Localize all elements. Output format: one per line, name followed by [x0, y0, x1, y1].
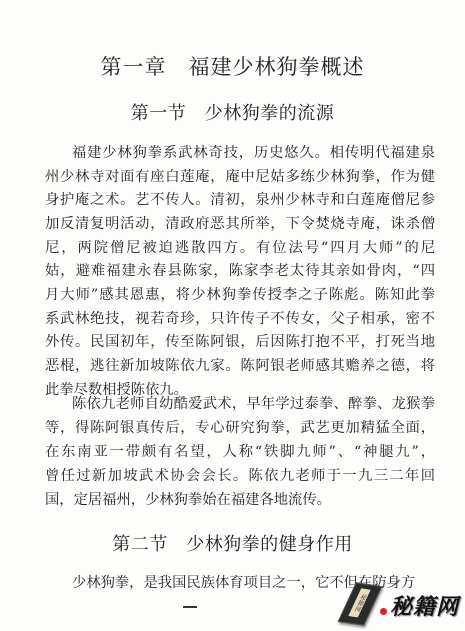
book-icon: 秘籍网 — [338, 582, 383, 626]
paragraph-line: 福建少林狗拳系武林奇技，历史悠久。相传明代福建泉 — [72, 143, 435, 163]
paragraph-line: 系武林绝技，视若奇珍，只许传子不传女，父子相承，密不 — [45, 309, 435, 329]
book-label: 秘籍网 — [348, 588, 370, 617]
paragraph-line: 等，得陈阿银真传后，专心研究狗拳，武艺更加精猛全面， — [45, 418, 435, 438]
paragraph-line: 身护庵之术。艺不传人。清初，泉州少林寺和白莲庵僧尼参 — [45, 190, 435, 210]
section-title-1: 第一节 少林狗拳的流源 — [0, 99, 465, 125]
paragraph-line: 外传。民国初年，传至陈阿银，后因陈打抱不平，打死当地 — [45, 332, 435, 352]
paragraph-line: 恶棍，逃往新加坡陈依九家。陈阿银老师感其赡养之德，将 — [45, 356, 435, 376]
book-page: 第一章 福建少林狗拳概述 第一节 少林狗拳的流源 福建少林狗拳系武林奇技，历史悠… — [0, 0, 465, 631]
chapter-title: 第一章 福建少林狗拳概述 — [0, 51, 465, 81]
paragraph-line: 在东南亚一带颇有名望，人称“铁脚九师”、“神腿九”， — [45, 442, 435, 462]
paragraph-line: 加反清复明活动，清政府恶其所举，下令焚烧寺庵，诛杀僧 — [45, 214, 435, 234]
watermark-text: 秘籍网 — [390, 590, 459, 621]
paragraph-line: 姑，避难福建永春县陈家，陈家李老太待其亲如骨肉，“四 — [45, 261, 435, 281]
section-title-2: 第二节 少林狗拳的健身作用 — [0, 530, 465, 556]
paragraph-line: 月大师”感其恩惠，将少林狗拳传授李之子陈彪。陈知此拳 — [45, 285, 435, 305]
paragraph-line: 国，定居福州，少林狗拳始在福建各地流传。 — [45, 490, 435, 510]
red-dot-icon — [380, 608, 387, 615]
paragraph-line: 陈依九老师自幼酷爱武术，早年学过泰拳、醉拳、龙猴拳 — [72, 394, 435, 414]
watermark-logo: 秘籍网 秘籍网 — [340, 584, 460, 626]
paragraph-line: 曾任过新加坡武术协会会长。陈依九老师于一九三二年回 — [45, 466, 435, 486]
paragraph-line: 州少林寺对面有座白莲庵，庵中尼姑多练少林狗拳，作为健 — [45, 167, 435, 187]
paragraph-line: 尼，两院僧尼被迫逃散四方。有位法号“四月大师”的尼 — [45, 238, 435, 258]
page-number-mark — [183, 606, 197, 608]
